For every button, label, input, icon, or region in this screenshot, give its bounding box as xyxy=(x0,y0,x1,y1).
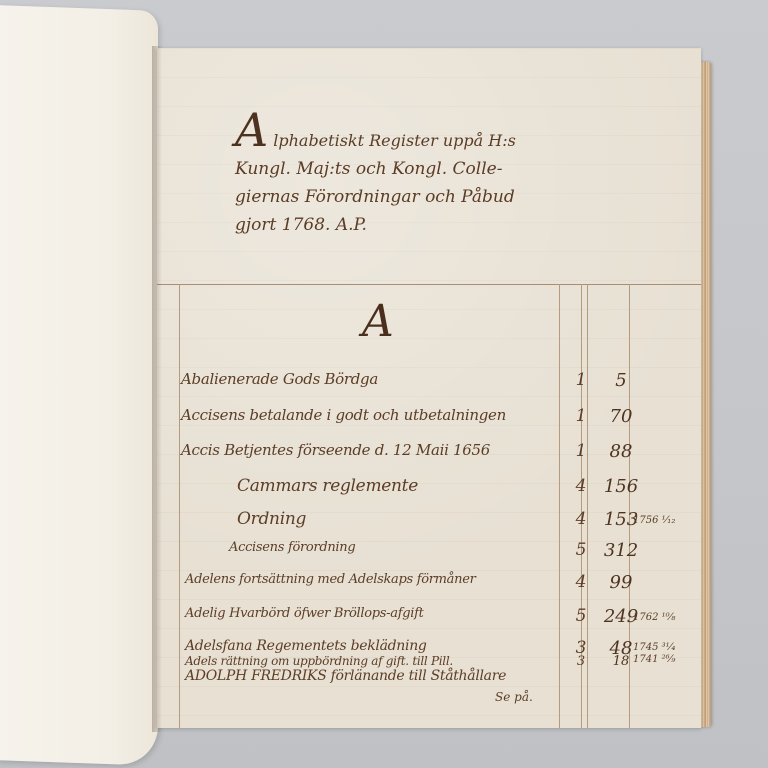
entry-label: Ordning xyxy=(237,509,306,529)
entry-year: 1762 ¹⁰⁄₈ xyxy=(633,612,703,623)
entry-volume: 1 xyxy=(571,406,591,426)
entry-row: Accis Betjentes förseende d. 12 Maii 165… xyxy=(157,441,701,471)
entry-page: 99 xyxy=(603,572,639,593)
page-title: Alphabetiskt Register uppå H:s Kungl. Ma… xyxy=(235,110,675,239)
entry-year: 1745 ³¹⁄₄ xyxy=(633,642,703,653)
entry-page: 312 xyxy=(603,540,639,561)
section-letter: A xyxy=(362,296,394,347)
entry-volume: 1 xyxy=(571,441,591,461)
entry-page: 70 xyxy=(603,406,639,427)
entry-label: Adels rättning om uppbördning af gift. t… xyxy=(185,654,453,668)
entry-row: Ordning 4 153 1756 ¹⁄₁₂ xyxy=(157,509,701,539)
entry-page: 156 xyxy=(603,476,639,497)
entry-year: 1756 ¹⁄₁₂ xyxy=(633,515,703,526)
entry-label: Adelig Hvarbörd öfwer Bröllops-afgift xyxy=(185,606,424,621)
entry-row: Adelig Hvarbörd öfwer Bröllops-afgift 5 … xyxy=(157,606,701,636)
entry-row: Abalienerade Gods Bördga 1 5 xyxy=(157,370,701,400)
left-blank-page xyxy=(0,5,158,766)
header-divider xyxy=(157,284,701,285)
entry-label: Cammars reglemente xyxy=(237,476,418,496)
entry-label: Accis Betjentes förseende d. 12 Maii 165… xyxy=(181,441,490,459)
title-line-3: giernas Förordningar och Påbud xyxy=(235,183,675,211)
entry-label: Adelsfana Regementets beklädning xyxy=(185,638,427,654)
entry-page: 88 xyxy=(603,441,639,462)
title-line-4: gjort 1768. A.P. xyxy=(235,211,675,239)
entry-row: ADOLPH FREDRIKS förlänande till Ståthåll… xyxy=(157,668,701,698)
entry-volume: 4 xyxy=(571,572,591,592)
spine-shadow xyxy=(152,46,162,732)
title-line-2: Kungl. Maj:ts och Kongl. Colle- xyxy=(235,155,675,183)
entry-label: Abalienerade Gods Bördga xyxy=(181,370,378,388)
entry-label: Accisens förordning xyxy=(229,540,355,555)
entry-volume: 4 xyxy=(571,476,591,496)
entry-volume: 4 xyxy=(571,509,591,529)
entry-volume: 5 xyxy=(571,540,591,560)
entry-label: Adelens fortsättning med Adelskaps förmå… xyxy=(185,572,476,587)
entry-volume: 1 xyxy=(571,370,591,390)
entry-page: 5 xyxy=(603,370,639,391)
entry-label: Accisens betalande i godt och utbetalnin… xyxy=(181,406,506,424)
entry-volume: 3 xyxy=(571,654,591,669)
entry-row: Adelens fortsättning med Adelskaps förmå… xyxy=(157,572,701,602)
entry-row: Accisens förordning 5 312 xyxy=(157,540,701,570)
manuscript-page: Alphabetiskt Register uppå H:s Kungl. Ma… xyxy=(157,48,701,728)
trailing-note: Se på. xyxy=(495,690,533,704)
entry-row: Accisens betalande i godt och utbetalnin… xyxy=(157,406,701,436)
title-line-1: lphabetiskt Register uppå H:s xyxy=(273,131,516,150)
entry-label: ADOLPH FREDRIKS förlänande till Ståthåll… xyxy=(185,668,506,684)
title-initial: A xyxy=(235,110,267,150)
entry-volume: 5 xyxy=(571,606,591,626)
entry-year: 1741 ²⁶⁄₉ xyxy=(633,654,703,665)
entry-row: Cammars reglemente 4 156 xyxy=(157,476,701,506)
